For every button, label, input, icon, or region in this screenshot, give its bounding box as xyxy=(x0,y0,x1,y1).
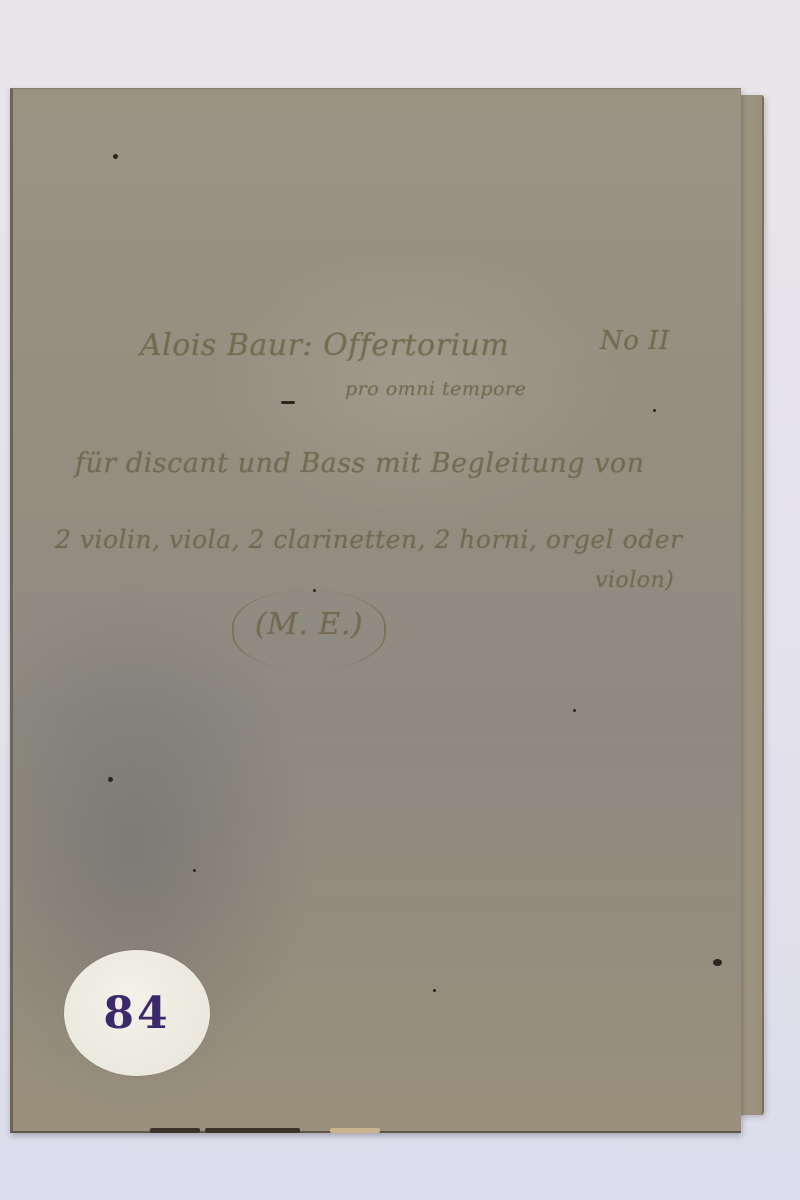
speck xyxy=(193,869,196,872)
handwritten-instruments-continuation: violon) xyxy=(595,568,674,593)
handwritten-title: Alois Baur: Offertorium xyxy=(140,328,509,363)
speck xyxy=(713,959,722,966)
speck xyxy=(433,989,436,992)
handwritten-opus-number: No II xyxy=(600,326,670,356)
torn-edge xyxy=(205,1128,300,1133)
speck xyxy=(113,154,118,159)
handwritten-subtitle: pro omni tempore xyxy=(345,378,526,400)
speck xyxy=(653,409,656,412)
speck xyxy=(573,709,576,712)
torn-edge xyxy=(150,1128,200,1133)
torn-edge xyxy=(330,1128,380,1133)
speck xyxy=(108,777,113,782)
catalog-number-label: 84 xyxy=(64,950,210,1076)
handwritten-initials: (M. E.) xyxy=(232,590,386,670)
handwritten-voices: für discant und Bass mit Begleitung von xyxy=(75,448,644,479)
speck xyxy=(281,401,295,404)
handwritten-instruments: 2 violin, viola, 2 clarinetten, 2 horni,… xyxy=(55,525,682,554)
catalog-number: 84 xyxy=(103,988,170,1039)
